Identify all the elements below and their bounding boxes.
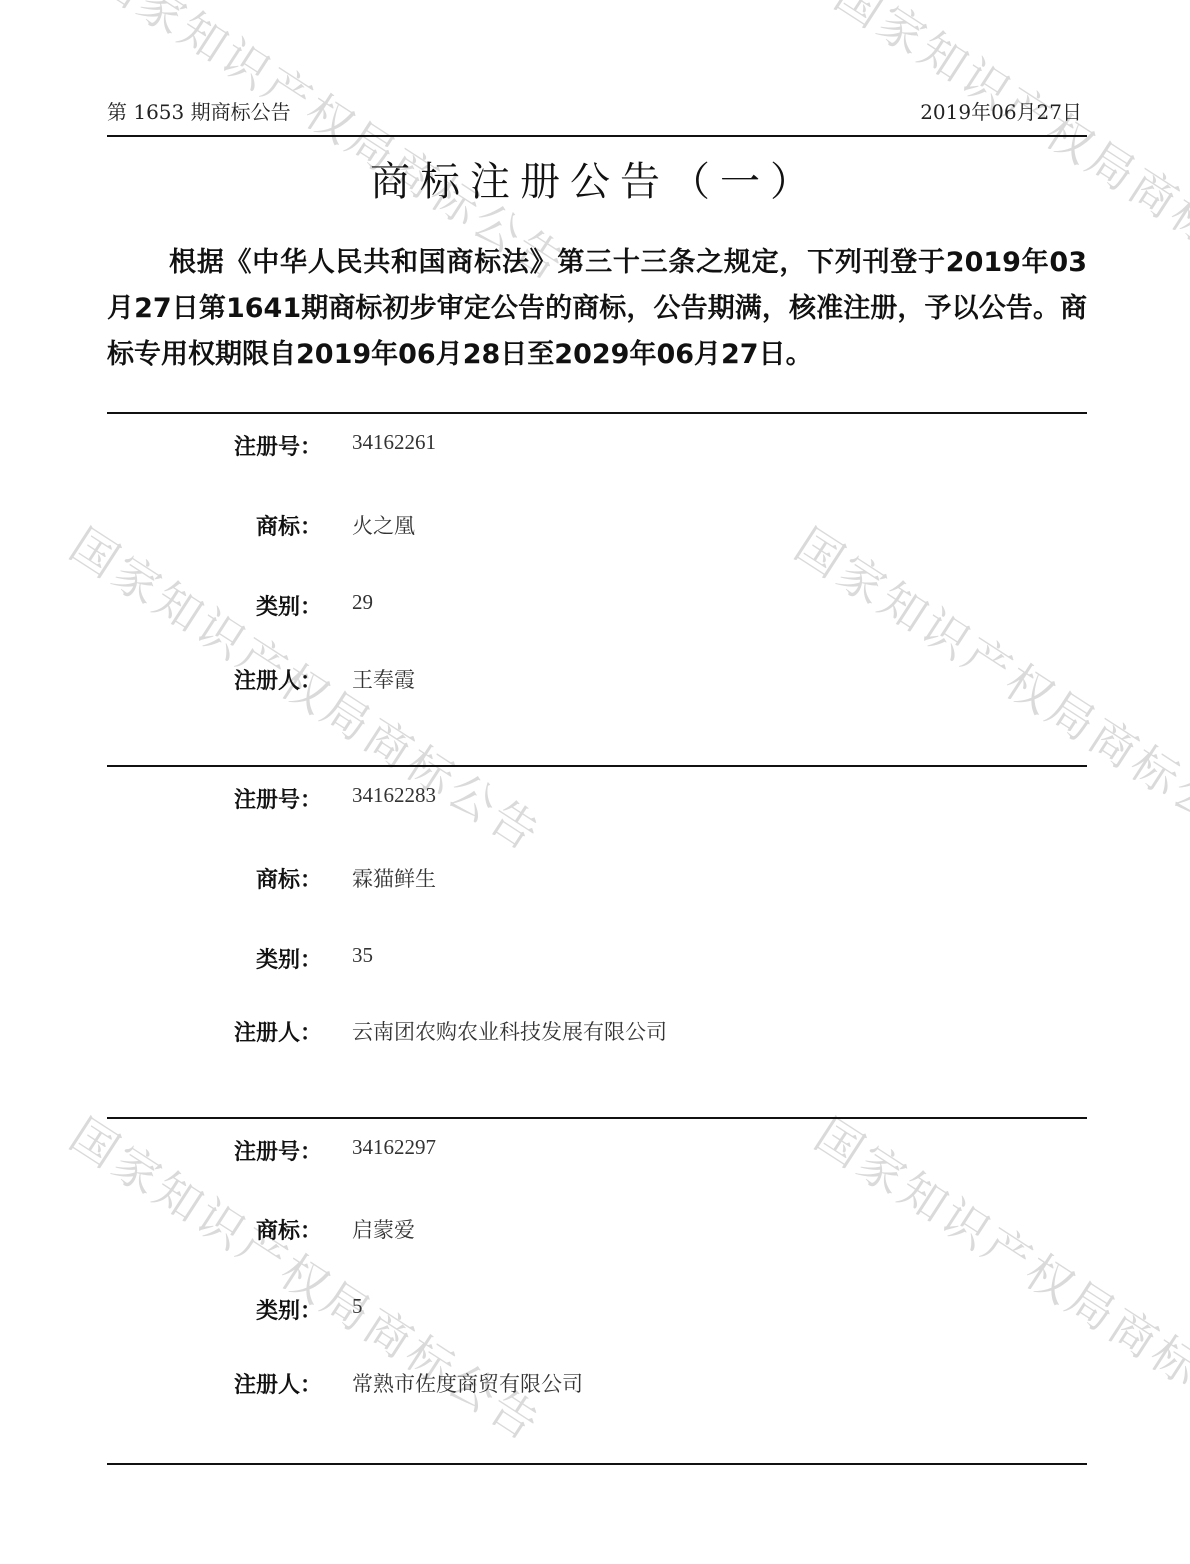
mark-label: 商标： <box>256 1214 322 1245</box>
class-label: 类别： <box>256 590 322 621</box>
footer-divider <box>107 1463 1087 1465</box>
entry-divider <box>107 1117 1087 1119</box>
reg-no-value: 34162283 <box>352 783 436 808</box>
entry-registrant-row: 注册人： 云南团农购农业科技发展有限公司 <box>0 1016 1190 1056</box>
mark-label: 商标： <box>256 863 322 894</box>
entry-class-row: 类别： 29 <box>0 590 1190 630</box>
entry-class-row: 类别： 5 <box>0 1294 1190 1334</box>
mark-value: 火之凰 <box>352 510 415 540</box>
entry-reg-no-row: 注册号： 34162283 <box>0 783 1190 823</box>
page-title: 商标注册公告（一） <box>0 150 1190 207</box>
entry-registrant-row: 注册人： 常熟市佐度商贸有限公司 <box>0 1368 1190 1408</box>
entry-mark-row: 商标： 霖猫鲜生 <box>0 863 1190 903</box>
reg-no-label: 注册号： <box>234 430 322 461</box>
class-value: 29 <box>352 590 373 615</box>
registrant-label: 注册人： <box>234 664 322 695</box>
entry-registrant-row: 注册人： 王奉霞 <box>0 664 1190 704</box>
mark-value: 霖猫鲜生 <box>352 863 436 893</box>
entry-divider <box>107 765 1087 767</box>
registrant-value: 常熟市佐度商贸有限公司 <box>352 1368 583 1398</box>
reg-no-value: 34162297 <box>352 1135 436 1160</box>
entry-reg-no-row: 注册号： 34162261 <box>0 430 1190 470</box>
mark-label: 商标： <box>256 510 322 541</box>
class-label: 类别： <box>256 1294 322 1325</box>
registrant-value: 云南团农购农业科技发展有限公司 <box>352 1016 667 1046</box>
registrant-value: 王奉霞 <box>352 664 415 694</box>
registrant-label: 注册人： <box>234 1368 322 1399</box>
header-divider <box>107 135 1087 137</box>
reg-no-label: 注册号： <box>234 1135 322 1166</box>
intro-paragraph: 根据《中华人民共和国商标法》第三十三条之规定，下列刊登于2019年03月27日第… <box>107 240 1087 378</box>
class-value: 35 <box>352 943 373 968</box>
issue-number: 第 1653 期商标公告 <box>107 96 291 125</box>
entry-mark-row: 商标： 火之凰 <box>0 510 1190 550</box>
entry-reg-no-row: 注册号： 34162297 <box>0 1135 1190 1175</box>
reg-no-label: 注册号： <box>234 783 322 814</box>
entry-divider <box>107 412 1087 414</box>
entry-class-row: 类别： 35 <box>0 943 1190 983</box>
reg-no-value: 34162261 <box>352 430 436 455</box>
entry-mark-row: 商标： 启蒙爱 <box>0 1214 1190 1254</box>
class-value: 5 <box>352 1294 363 1319</box>
mark-value: 启蒙爱 <box>352 1214 415 1244</box>
publication-date: 2019年06月27日 <box>920 96 1082 125</box>
registrant-label: 注册人： <box>234 1016 322 1047</box>
class-label: 类别： <box>256 943 322 974</box>
